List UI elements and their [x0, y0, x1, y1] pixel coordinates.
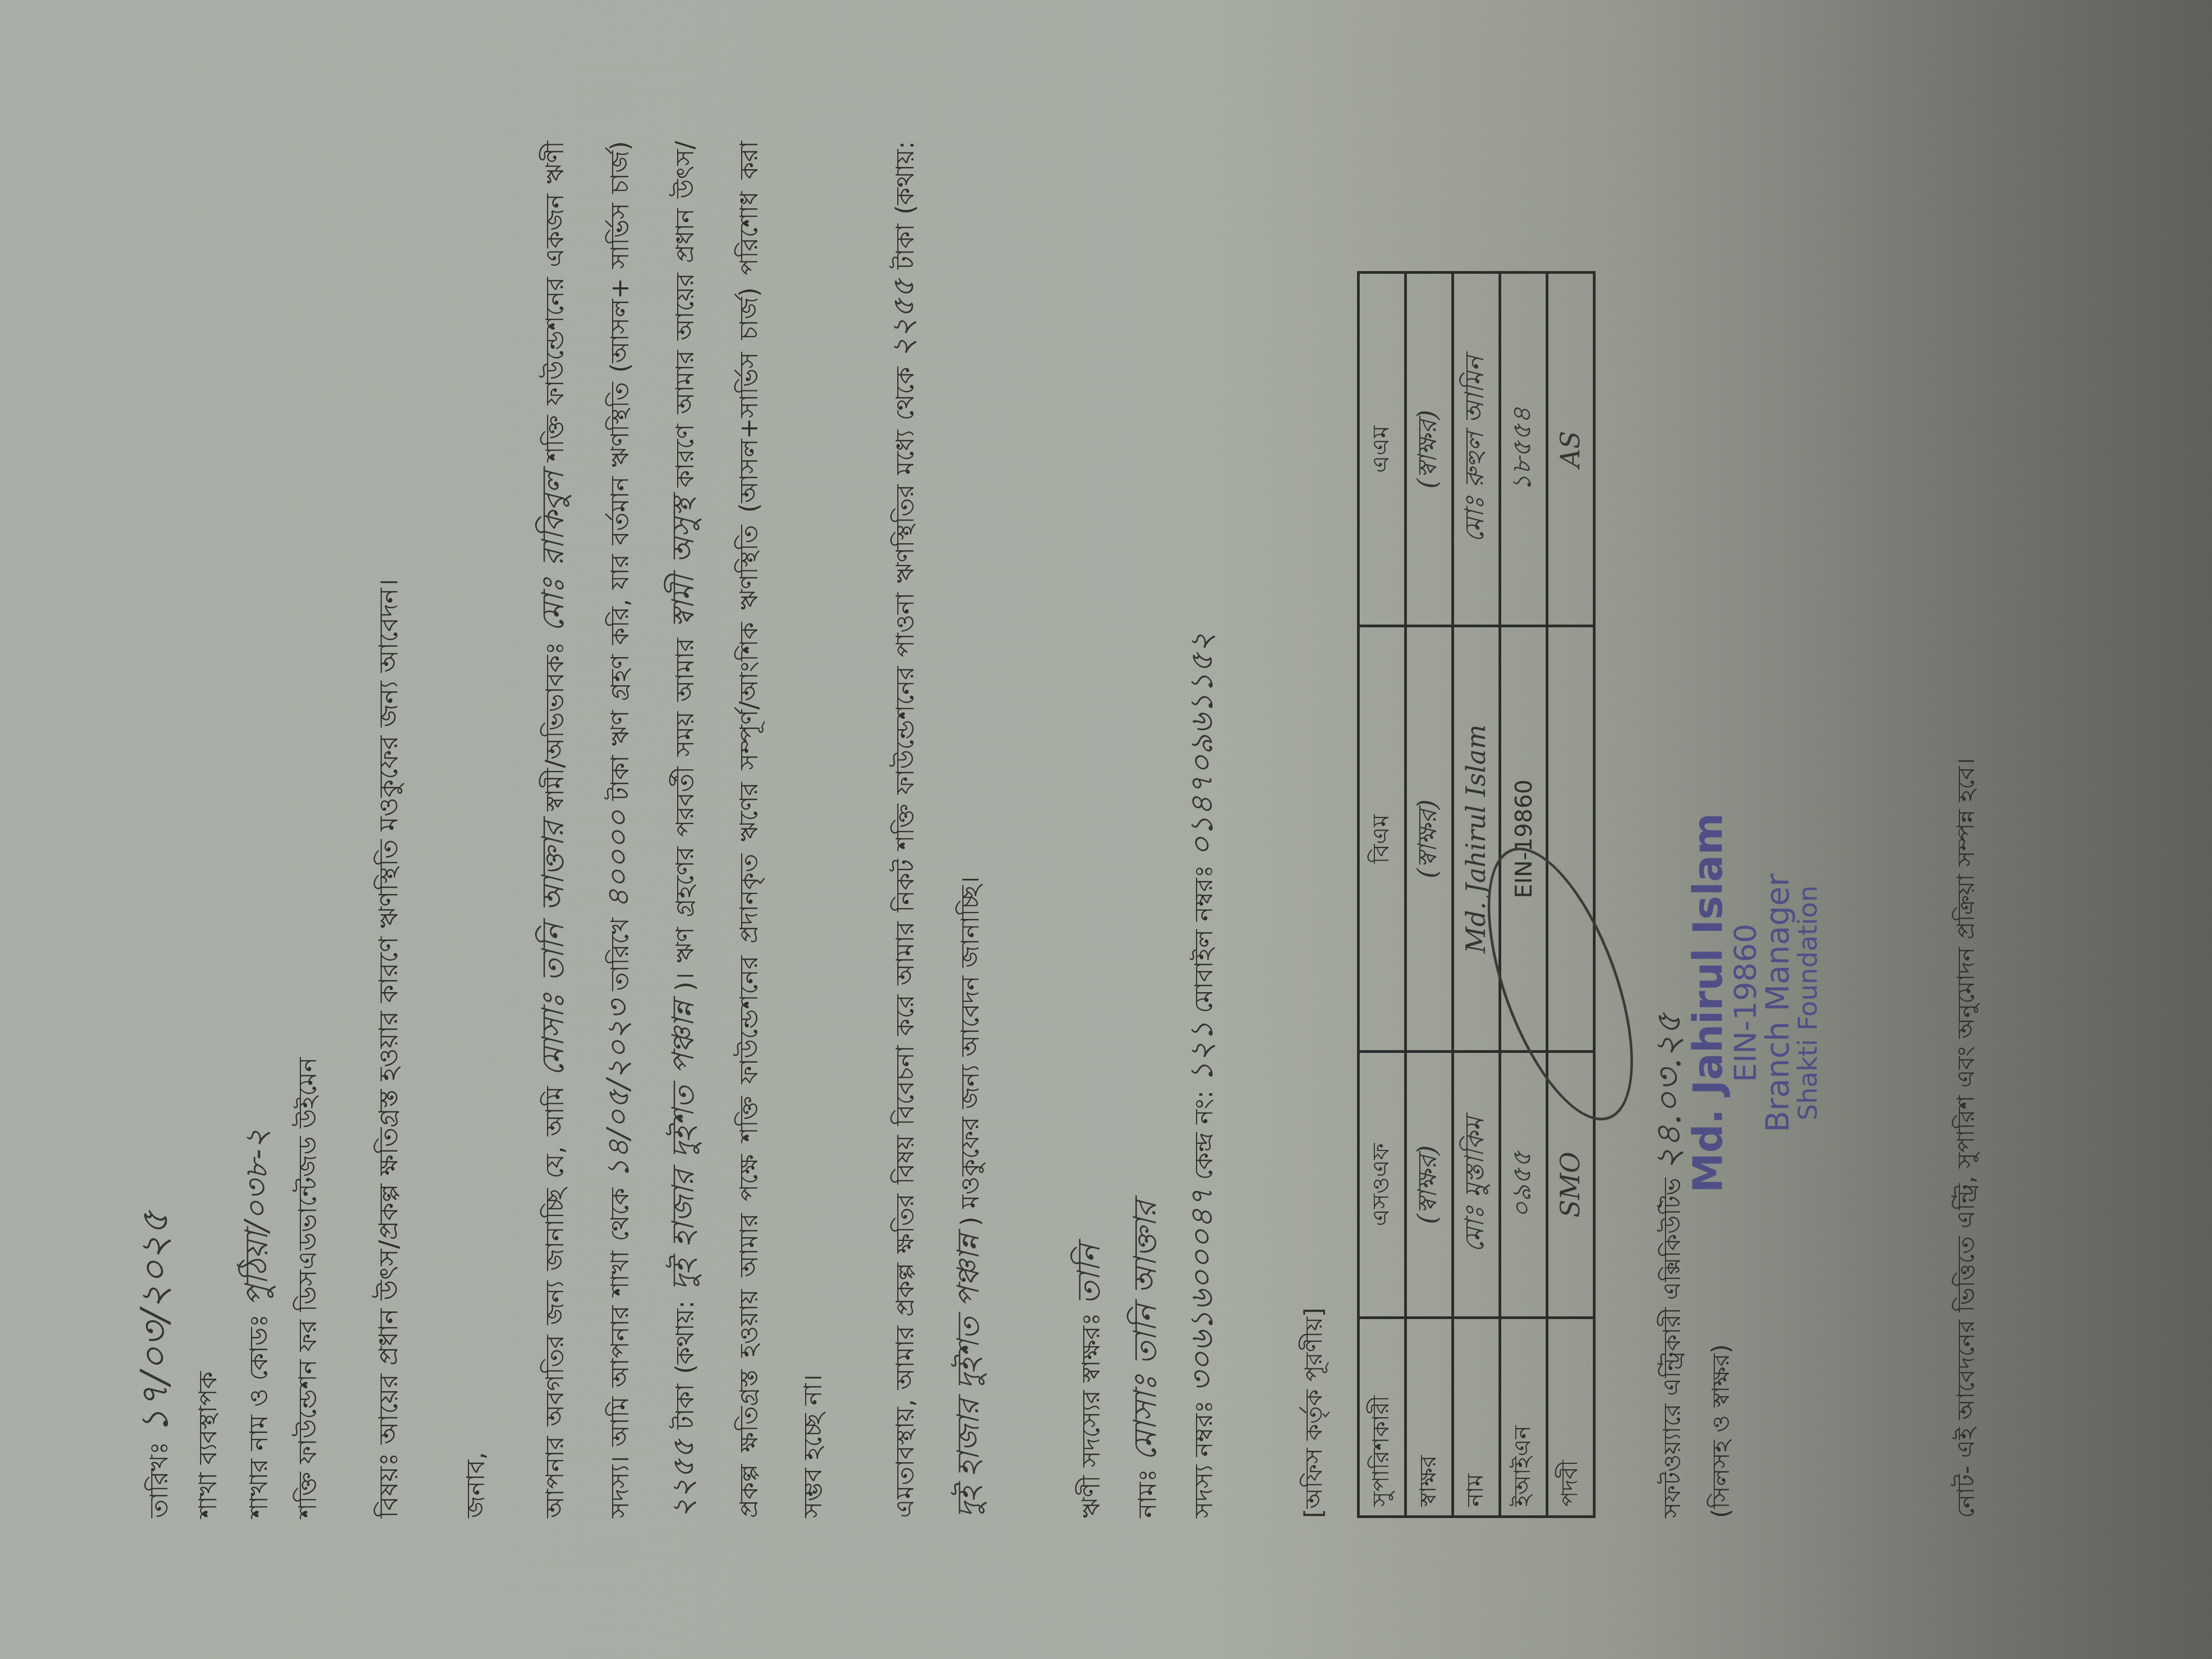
mobile-no: ০১৪৭০৯৬১১৫২: [1183, 632, 1220, 857]
date-label: তারিখঃ: [144, 1442, 173, 1518]
reason-handwritten: স্বামী অসুস্থ: [666, 497, 701, 628]
branch-line: শাখার নাম ও কোডঃ পুঠিয়া/০৩৮-২: [232, 141, 283, 1518]
salutation: জনাব,: [451, 141, 500, 1518]
table-cell: (স্বাক্ষর): [1406, 273, 1453, 626]
loan-amount-handwritten: ৪০০০০: [601, 810, 636, 909]
table-cell: (স্বাক্ষর): [1406, 1052, 1453, 1318]
entry-signature-block: সফটওয়্যারে এন্ট্রিকারী এক্সিকিউটিভ ২৪.০…: [1644, 141, 1926, 1518]
entry-date: ২৪.০৩.২৫: [1649, 1013, 1689, 1170]
branch-label: শাখার নাম ও কোডঃ: [244, 1314, 273, 1518]
waiver-amount-handwritten: ২২৫৫: [886, 279, 921, 358]
branch-value: পুঠিয়া/০৩৮-২: [238, 1128, 275, 1306]
center-label: কেন্দ্র নং:: [1189, 1090, 1218, 1180]
table-cell: ১৮৫৫৪: [1500, 273, 1547, 626]
subject: বিষয়ঃ আয়ের প্রধান উৎস/প্রকল্প ক্ষতিগ্র…: [364, 141, 413, 1518]
member-signature-line: ঋণী সদস্যের স্বাক্ষরঃ তানি: [1062, 141, 1118, 1518]
date-value: ১৭/০৩/২০২৫: [132, 1211, 177, 1433]
stamp-org: Shakti Foundation: [1795, 813, 1822, 1193]
text: ) মওকুফের জন্য আবেদন জানাচ্ছি।: [955, 877, 985, 1226]
header-col-2: বিএম: [1359, 626, 1406, 1052]
stamp-ein: EIN-19860: [1730, 813, 1762, 1193]
body-paragraph-2: এমতাবস্থায়, আমার প্রকল্প ক্ষতির বিষয় ব…: [872, 141, 1002, 1518]
member-name-handwritten: মোসাঃ তানি আক্তার: [536, 821, 571, 1076]
signature-label: ঋণী সদস্যের স্বাক্ষরঃ: [1076, 1313, 1105, 1518]
waiver-words-handwritten: দুই হাজার দুইশত পঞ্চান্ন: [951, 1234, 986, 1518]
organization: শক্তি ফাউন্ডেশন ফর ডিসএডভান্টেজড উইমেন: [283, 141, 332, 1518]
row-label: নাম: [1453, 1318, 1500, 1517]
member-signature: তানি: [1070, 1244, 1107, 1305]
text: টাকা (কথায়:: [890, 141, 919, 269]
name-label: নামঃ: [1133, 1469, 1162, 1518]
date-line: তারিখঃ ১৭/০৩/২০২৫: [130, 141, 183, 1518]
row-label: ইআইএন: [1500, 1318, 1547, 1517]
table-row: স্বাক্ষর (স্বাক্ষর) (স্বাক্ষর) (স্বাক্ষর…: [1406, 273, 1453, 1517]
header-col-1: এসওএফ: [1359, 1052, 1406, 1318]
member-name-line: নামঃ মোসাঃ তানি আক্তার: [1118, 141, 1174, 1518]
entry-label: সফটওয়্যারে এন্ট্রিকারী এক্সিকিউটিভ: [1658, 1178, 1686, 1518]
balance-handwritten: ২২৫৫: [666, 1439, 701, 1519]
balance-words-handwritten: দুই হাজার দুইশত পঞ্চান্ন: [666, 1001, 701, 1290]
text: )। ঋণ গ্রহণের পরবর্তী সময় আমার: [670, 638, 699, 992]
office-section-title: [অফিস কর্তৃক পূরণীয়]: [1296, 141, 1335, 1518]
body-paragraph-1: আপনার অবগতির জন্য জানাচ্ছি যে, আমি মোসাঃ…: [522, 141, 845, 1518]
footer-note: নোট- এই আবেদনের ভিত্তিতে এন্ট্রি, সুপারি…: [1948, 141, 1988, 1518]
table-cell: ০৯৫৫: [1500, 1052, 1547, 1318]
branch-manager-stamp: Md. Jahirul Islam EIN-19860 Branch Manag…: [1688, 813, 1822, 1193]
header-col-3: এএম: [1359, 273, 1406, 626]
table-cell: (স্বাক্ষর): [1406, 626, 1453, 1052]
stamp-name: Md. Jahirul Islam: [1688, 813, 1730, 1193]
recipient: শাখা ব্যবস্থাপক: [183, 141, 232, 1518]
row-label: পদবী: [1547, 1318, 1594, 1517]
table-cell: Md. Jahirul Islam: [1453, 626, 1500, 1052]
center-no: ১২১: [1183, 1021, 1220, 1082]
mobile-label: মোবাইল নম্বরঃ: [1189, 865, 1218, 1013]
guardian-handwritten: মোঃ রাকিবুল: [536, 471, 571, 632]
member-info: ঋণী সদস্যের স্বাক্ষরঃ তানি নামঃ মোসাঃ তা…: [1062, 141, 1231, 1518]
row-label: স্বাক্ষর: [1406, 1318, 1453, 1517]
text: আপনার অবগতির জন্য জানাচ্ছি যে, আমি: [540, 1086, 569, 1518]
text: টাকা (কথায়:: [670, 1301, 699, 1430]
text: টাকা ঋণ গ্রহণ করি, যার বর্তমান ঋণস্থিতি …: [605, 141, 634, 801]
member-no-label: সদস্য নম্বরঃ: [1189, 1400, 1218, 1518]
member-no: ৩০৬১৬০০০৪৭: [1183, 1188, 1220, 1392]
loan-date-handwritten: ১৪/০৫/২০২৩: [601, 1000, 636, 1179]
member-name: মোসাঃ তানি আক্তার: [1127, 1201, 1163, 1461]
text: তারিখে: [605, 918, 634, 991]
member-numbers-line: সদস্য নম্বরঃ ৩০৬১৬০০০৪৭ কেন্দ্র নং: ১২১ …: [1174, 141, 1231, 1518]
table-cell: AS: [1547, 273, 1594, 626]
office-table-header: সুপারিশকারী এসওএফ বিএম এএম: [1359, 273, 1406, 1517]
table-cell: মোঃ রুহুল আমিন: [1453, 273, 1500, 626]
header-recommender: সুপারিশকারী: [1359, 1318, 1406, 1517]
table-cell: মোঃ মুস্তাকিম: [1453, 1052, 1500, 1318]
text: এমতাবস্থায়, আমার প্রকল্প ক্ষতির বিষয় ব…: [890, 367, 919, 1518]
text: স্বামী/অভিভাবকঃ: [540, 642, 569, 812]
paper-document: তারিখঃ ১৭/০৩/২০২৫ শাখা ব্যবস্থাপক শাখার …: [43, 43, 2158, 1616]
stamp-role: Branch Manager: [1761, 813, 1795, 1193]
